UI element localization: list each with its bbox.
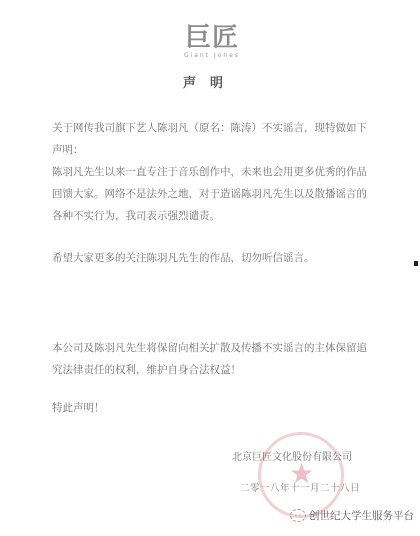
signature-company: 北京巨匠文化股份有限公司 bbox=[232, 448, 352, 463]
paragraph-legal: 本公司及陈羽凡先生将保留向相关扩散及传播不实谣言的主体保留追究法律责任的权利，维… bbox=[52, 337, 372, 381]
logo-subtitle: Giant Jones bbox=[176, 52, 248, 60]
watermark: ◦◦ 创世纪大学生服务平台 bbox=[290, 508, 414, 523]
wechat-icon: ◦◦ bbox=[290, 509, 306, 522]
company-logo: 巨匠 Giant Jones bbox=[176, 24, 248, 60]
logo-mark: 巨匠 bbox=[176, 24, 248, 52]
signature-date: 二零一八年十一月二十八日 bbox=[240, 480, 360, 494]
watermark-text: 创世纪大学生服务平台 bbox=[309, 508, 414, 523]
company-seal: ★ bbox=[258, 432, 344, 518]
document-title: 声明 bbox=[0, 72, 420, 91]
paragraph-appeal: 希望大家更多的关注陈羽凡先生的作品，切勿听信谣言。 bbox=[52, 247, 372, 269]
paragraph-closing: 特此声明！ bbox=[52, 397, 372, 419]
scan-artifact bbox=[414, 261, 418, 266]
paragraph-intro: 关于网传我司旗下艺人陈羽凡（原名：陈涛）不实谣言，现特做如下声明： bbox=[52, 117, 372, 161]
paragraph-statement: 陈羽凡先生以来一直专注于音乐创作中，未来也会用更多优秀的作品回馈大家。网络不是法… bbox=[52, 161, 372, 227]
